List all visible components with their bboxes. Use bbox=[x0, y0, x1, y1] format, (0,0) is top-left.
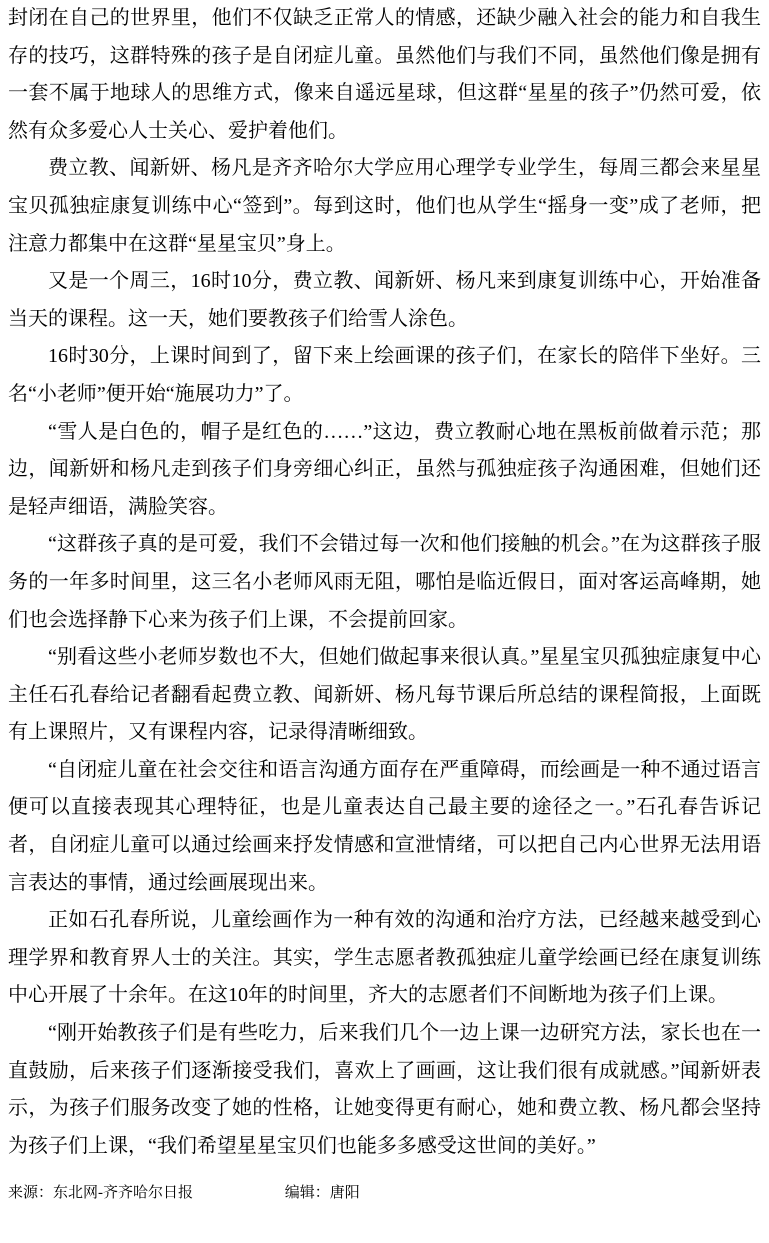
paragraph: 封闭在自己的世界里，他们不仅缺乏正常人的情感，还缺少融入社会的能力和自我生存的技… bbox=[8, 0, 761, 150]
paragraph: “别看这些小老师岁数也不大，但她们做起事来很认真。”星星宝贝孤独症康复中心主任石… bbox=[8, 639, 761, 752]
paragraph: 正如石孔春所说，儿童绘画作为一种有效的沟通和治疗方法，已经越来越受到心理学界和教… bbox=[8, 902, 761, 1015]
paragraph: “雪人是白色的，帽子是红色的……”这边，费立教耐心地在黑板前做着示范；那边，闻新… bbox=[8, 414, 761, 527]
paragraph: “刚开始教孩子们是有些吃力，后来我们几个一边上课一边研究方法，家长也在一直鼓励，… bbox=[8, 1015, 761, 1165]
editor-text: 编辑：唐阳 bbox=[285, 1185, 360, 1201]
article-body: 封闭在自己的世界里，他们不仅缺乏正常人的情感，还缺少融入社会的能力和自我生存的技… bbox=[8, 0, 761, 1165]
paragraph: 费立教、闻新妍、杨凡是齐齐哈尔大学应用心理学专业学生，每周三都会来星星宝贝孤独症… bbox=[8, 150, 761, 263]
paragraph: 16时30分，上课时间到了，留下来上绘画课的孩子们，在家长的陪伴下坐好。三名“小… bbox=[8, 338, 761, 413]
article-page: 封闭在自己的世界里，他们不仅缺乏正常人的情感，还缺少融入社会的能力和自我生存的技… bbox=[0, 0, 769, 1243]
paragraph: 又是一个周三，16时10分，费立教、闻新妍、杨凡来到康复训练中心，开始准备当天的… bbox=[8, 263, 761, 338]
paragraph: “自闭症儿童在社会交往和语言沟通方面存在严重障碍，而绘画是一种不通过语言便可以直… bbox=[8, 752, 761, 902]
paragraph: “这群孩子真的是可爱，我们不会错过每一次和他们接触的机会。”在为这群孩子服务的一… bbox=[8, 526, 761, 639]
source-text: 来源：东北网-齐齐哈尔日报 bbox=[8, 1185, 193, 1201]
article-footer: 来源：东北网-齐齐哈尔日报 编辑：唐阳 bbox=[8, 1181, 761, 1205]
